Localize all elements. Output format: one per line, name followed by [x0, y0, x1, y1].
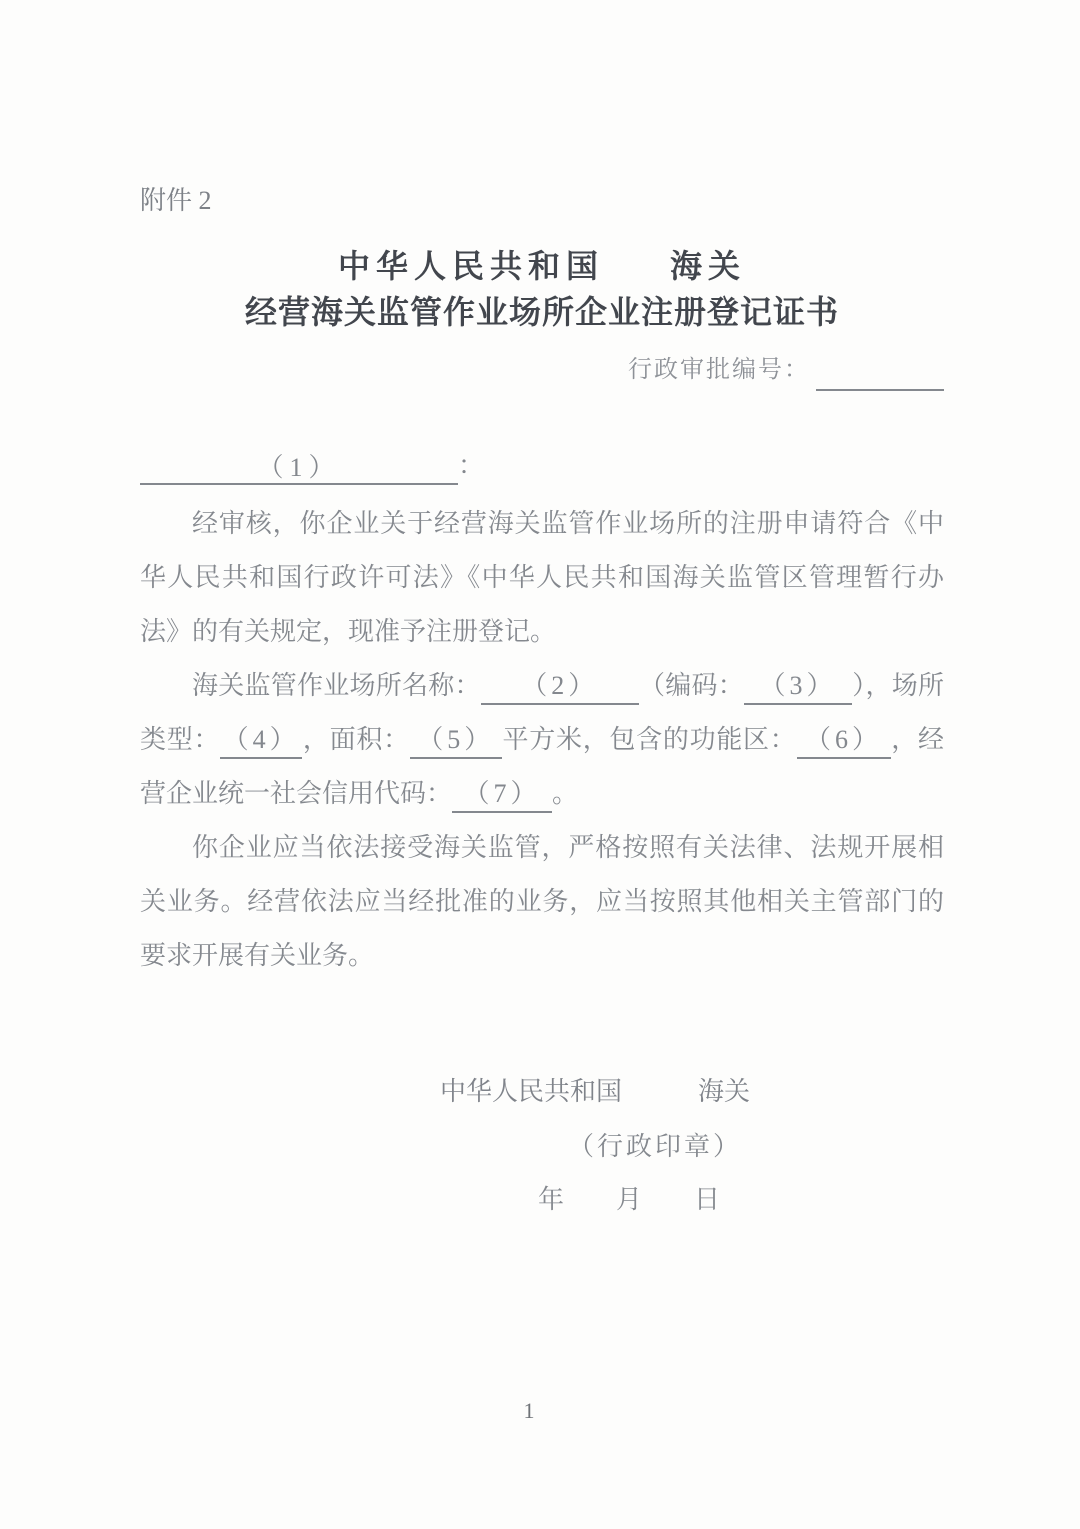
body-text: 经审核，你企业关于经营海关监管作业场所的注册申请符合《中华人民共和国行政许可法》…	[140, 497, 944, 983]
approval-number-blank-field	[816, 357, 944, 391]
blank-field-credit-code: （7）	[452, 777, 552, 813]
p2-label-functional-zones: 平方米，包含的功能区：	[502, 725, 797, 754]
approval-number-label: 行政审批编号：	[628, 357, 810, 383]
attachment-label: 附件 2	[140, 185, 944, 217]
document-title-line2: 经营海关监管作业场所企业注册登记证书	[140, 289, 944, 335]
document-title-line1: 中华人民共和国海关	[140, 243, 944, 289]
signature-date-line: 年 月 日	[538, 1180, 720, 1220]
blank-field-site-name: （2）	[481, 669, 639, 705]
p2-period: 。	[552, 779, 578, 808]
scanned-certificate-page: 附件 2 中华人民共和国海关 经营海关监管作业场所企业注册登记证书 行政审批编号…	[0, 0, 1080, 1529]
paragraph-obligations: 你企业应当依法接受海关监管，严格按照有关法律、法规开展相关业务。经营依法应当经批…	[140, 821, 944, 983]
p2-label-site-name: 海关监管作业场所名称：	[192, 671, 481, 700]
recipient-line: （1）：	[140, 447, 944, 485]
blank-field-functional-zones: （6）	[797, 723, 891, 759]
date-month-label: 月	[616, 1180, 642, 1220]
blank-field-area: （5）	[410, 723, 502, 759]
signature-issuer-line: 中华人民共和国海关	[440, 1072, 750, 1112]
title-customs: 海关	[670, 248, 746, 284]
blank-field-site-type: （4）	[220, 723, 302, 759]
date-day-label: 日	[694, 1180, 720, 1220]
approval-number-line: 行政审批编号：	[140, 349, 944, 391]
paragraph-approval-statement: 经审核，你企业关于经营海关监管作业场所的注册申请符合《中华人民共和国行政许可法》…	[140, 497, 944, 659]
recipient-blank-field: （1）	[140, 449, 458, 485]
seal-note: （行政印章）	[568, 1127, 742, 1167]
recipient-colon: ：	[458, 451, 484, 480]
signature-customs: 海关	[698, 1077, 750, 1106]
signature-country: 中华人民共和国	[440, 1077, 622, 1106]
p2-label-area: ，面积：	[302, 725, 410, 754]
title-country: 中华人民共和国	[338, 248, 604, 284]
date-year-label: 年	[538, 1180, 564, 1220]
blank-field-code: （3）	[744, 669, 852, 705]
page-content: 附件 2 中华人民共和国海关 经营海关监管作业场所企业注册登记证书 行政审批编号…	[0, 0, 1080, 983]
page-number: 1	[0, 1398, 1058, 1424]
p2-label-code: （编码：	[639, 671, 744, 700]
paragraph-registration-details: 海关监管作业场所名称：（2）（编码：（3）），场所类型：（4），面积：（5）平方…	[140, 659, 944, 821]
